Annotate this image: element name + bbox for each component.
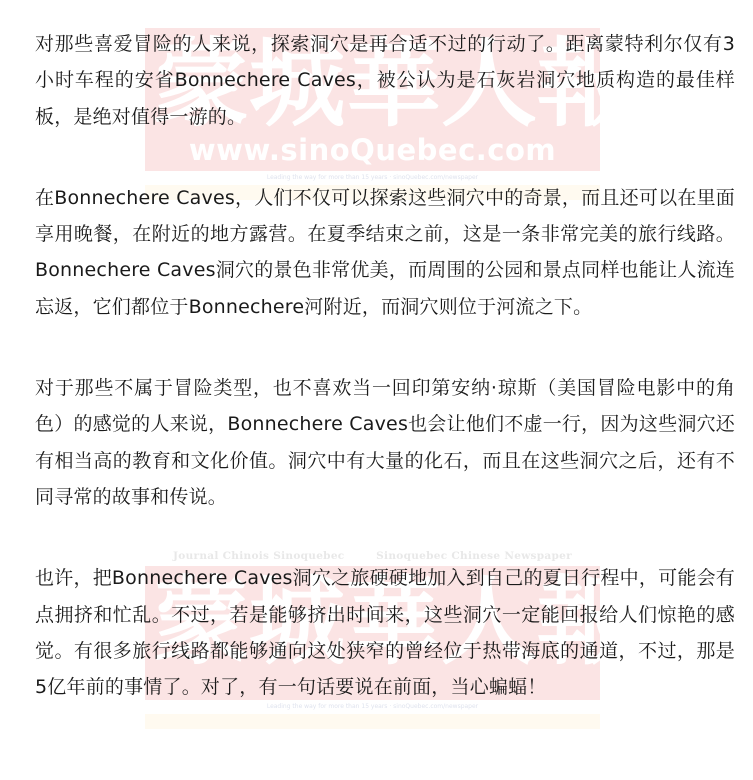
article-body: 对那些喜爱冒险的人来说，探索洞穴是再合适不过的行动了。距离蒙特利尔仅有3小时车程… (35, 26, 735, 705)
paragraph-activities: 在Bonnechere Caves，人们不仅可以探索这些洞穴中的奇景，而且还可以… (35, 180, 735, 325)
paragraph-intro: 对那些喜爱冒险的人来说，探索洞穴是再合适不过的行动了。距离蒙特利尔仅有3小时车程… (35, 26, 735, 135)
paragraph-closing: 也许，把Bonnechere Caves洞穴之旅硬硬地加入到自己的夏日行程中，可… (35, 560, 735, 705)
paragraph-education: 对于那些不属于冒险类型，也不喜欢当一回印第安纳·琼斯（美国冒险电影中的角色）的感… (35, 370, 735, 515)
watermark-footer-band (145, 714, 600, 729)
